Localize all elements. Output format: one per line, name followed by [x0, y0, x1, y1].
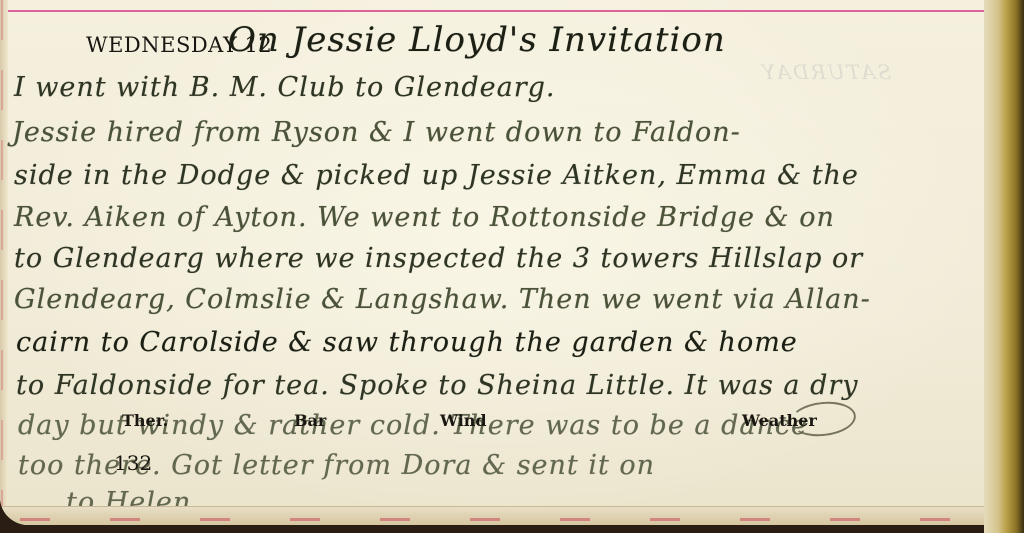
handwritten-line-3: Jessie hired from Ryson & I went down to… — [12, 117, 741, 148]
handwritten-line-4: side in the Dodge & picked up Jessie Ait… — [14, 160, 859, 191]
handwritten-line-8: cairn to Carolside & saw through the gar… — [16, 327, 798, 358]
barometer-label: Bar — [294, 411, 326, 430]
top-red-rule — [8, 10, 1000, 12]
wind-label: Wind — [440, 411, 487, 430]
book-spine — [984, 0, 1024, 533]
handwritten-line-7: Glendearg, Colmslie & Langshaw. Then we … — [14, 284, 871, 315]
handwritten-line-1: On Jessie Lloyd's Invitation — [228, 20, 726, 60]
page-bottom-edge — [0, 506, 1000, 525]
thermometer-label: Ther. — [122, 411, 168, 430]
handwritten-line-6: to Glendearg where we inspected the 3 to… — [14, 243, 863, 274]
handwritten-line-2: I went with B. M. Club to Glendearg. — [14, 72, 556, 103]
diary-page: SATURDAY WEDNESDAY 12 On Jessie Lloyd's … — [0, 0, 1000, 525]
page-left-edge — [0, 0, 8, 525]
handwritten-line-5: Rev. Aiken of Ayton. We went to Rottonsi… — [14, 202, 835, 233]
bleed-through-text: SATURDAY — [760, 60, 891, 84]
handwritten-line-9: to Faldonside for tea. Spoke to Sheina L… — [16, 370, 859, 401]
page-number: 132 — [114, 451, 152, 475]
